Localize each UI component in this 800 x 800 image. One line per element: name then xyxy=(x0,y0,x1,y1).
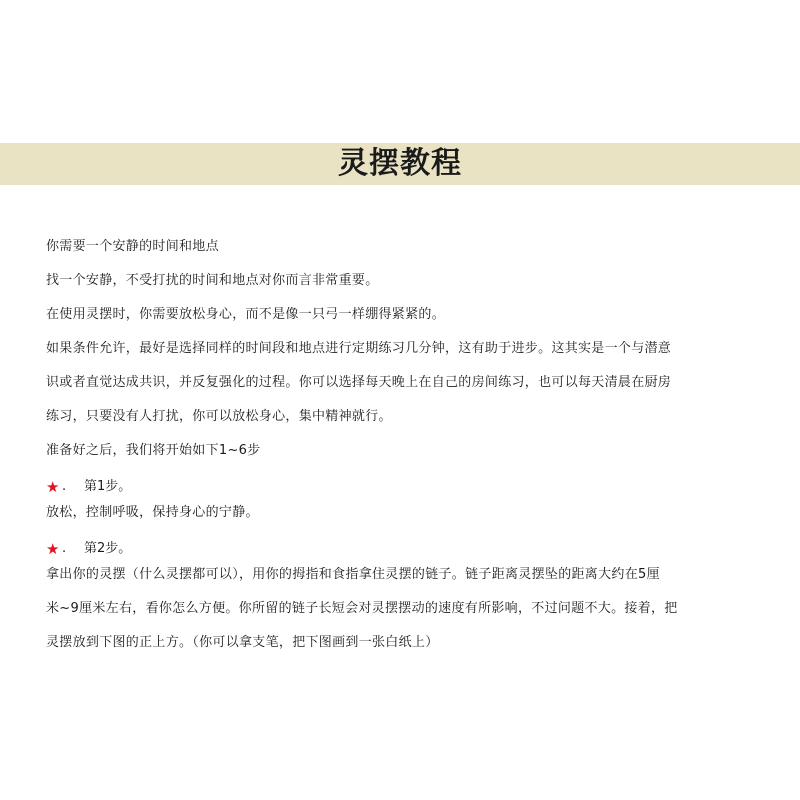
paragraph-line: 如果条件允许，最好是选择同样的时间段和地点进行定期练习几分钟，这有助于进步。这其… xyxy=(46,336,726,362)
star-icon: ★ xyxy=(46,536,62,562)
paragraph-line: 识或者直觉达成共识，并反复强化的过程。你可以选择每天晚上在自己的房间练习，也可以… xyxy=(46,370,726,396)
paragraph-line: 练习，只要没有人打扰，你可以放松身心，集中精神就行。 xyxy=(46,404,726,430)
paragraph-line: 在使用灵摆时，你需要放松身心，而不是像一只弓一样绷得紧紧的。 xyxy=(46,302,726,328)
step-label: 第1步。 xyxy=(84,474,131,500)
step-2-heading: ★ . 第2步。 xyxy=(46,536,726,562)
intro-heading: 你需要一个安静的时间和地点 xyxy=(46,234,726,260)
step-label: 第2步。 xyxy=(84,536,131,562)
step-1-heading: ★ . 第1步。 xyxy=(46,474,726,500)
separator: . xyxy=(62,474,84,500)
separator: . xyxy=(62,536,84,562)
star-icon: ★ xyxy=(46,474,62,500)
step-2-text: 拿出你的灵摆（什么灵摆都可以），用你的拇指和食指拿住灵摆的链子。链子距离灵摆坠的… xyxy=(46,562,726,588)
step-2-text: 米~9厘米左右，看你怎么方便。你所留的链子长短会对灵摆摆动的速度有所影响，不过问… xyxy=(46,596,726,622)
article-body: 你需要一个安静的时间和地点 找一个安静，不受打扰的时间和地点对你而言非常重要。 … xyxy=(46,234,726,656)
paragraph-line: 准备好之后，我们将开始如下1~6步 xyxy=(46,438,726,464)
title-banner: 灵摆教程 xyxy=(0,143,800,185)
step-1-text: 放松，控制呼吸，保持身心的宁静。 xyxy=(46,500,726,526)
step-2-text: 灵摆放到下图的正上方。（你可以拿支笔，把下图画到一张白纸上） xyxy=(46,630,726,656)
paragraph-line: 找一个安静，不受打扰的时间和地点对你而言非常重要。 xyxy=(46,268,726,294)
page-title: 灵摆教程 xyxy=(338,143,462,185)
